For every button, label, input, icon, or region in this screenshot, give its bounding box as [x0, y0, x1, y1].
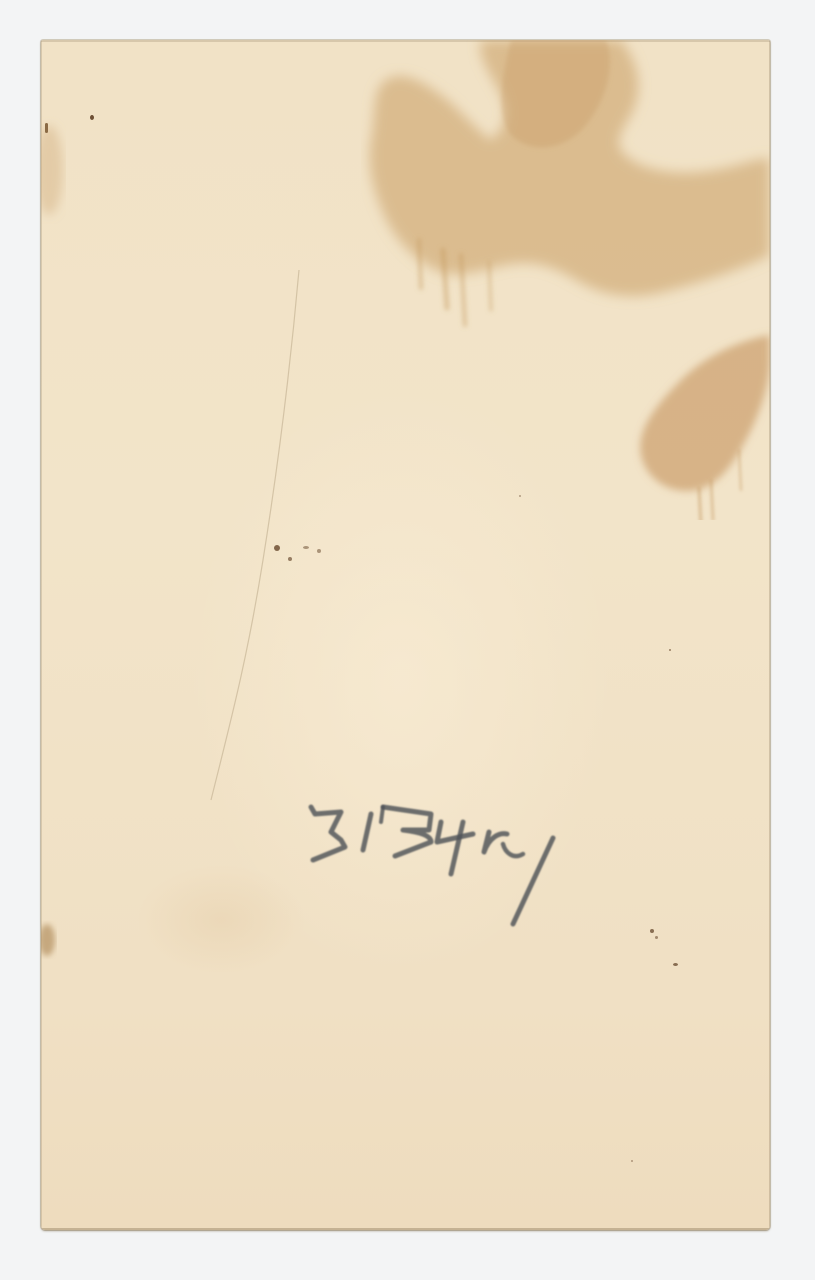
speck — [631, 1160, 633, 1162]
photo-card-back: 31P34RY — [41, 40, 770, 1230]
speck — [90, 115, 94, 120]
speck — [650, 929, 654, 933]
speck — [303, 546, 309, 549]
speck — [288, 557, 292, 561]
speck — [673, 963, 678, 966]
speck — [519, 495, 521, 497]
speck — [655, 936, 658, 939]
speck — [669, 649, 671, 651]
pencil-inscription: 31P34RY — [291, 792, 561, 942]
speck — [45, 123, 48, 133]
pencil-line — [41, 40, 770, 1230]
speck — [274, 545, 280, 551]
handwriting-strokes — [291, 792, 561, 942]
speck — [317, 549, 321, 553]
